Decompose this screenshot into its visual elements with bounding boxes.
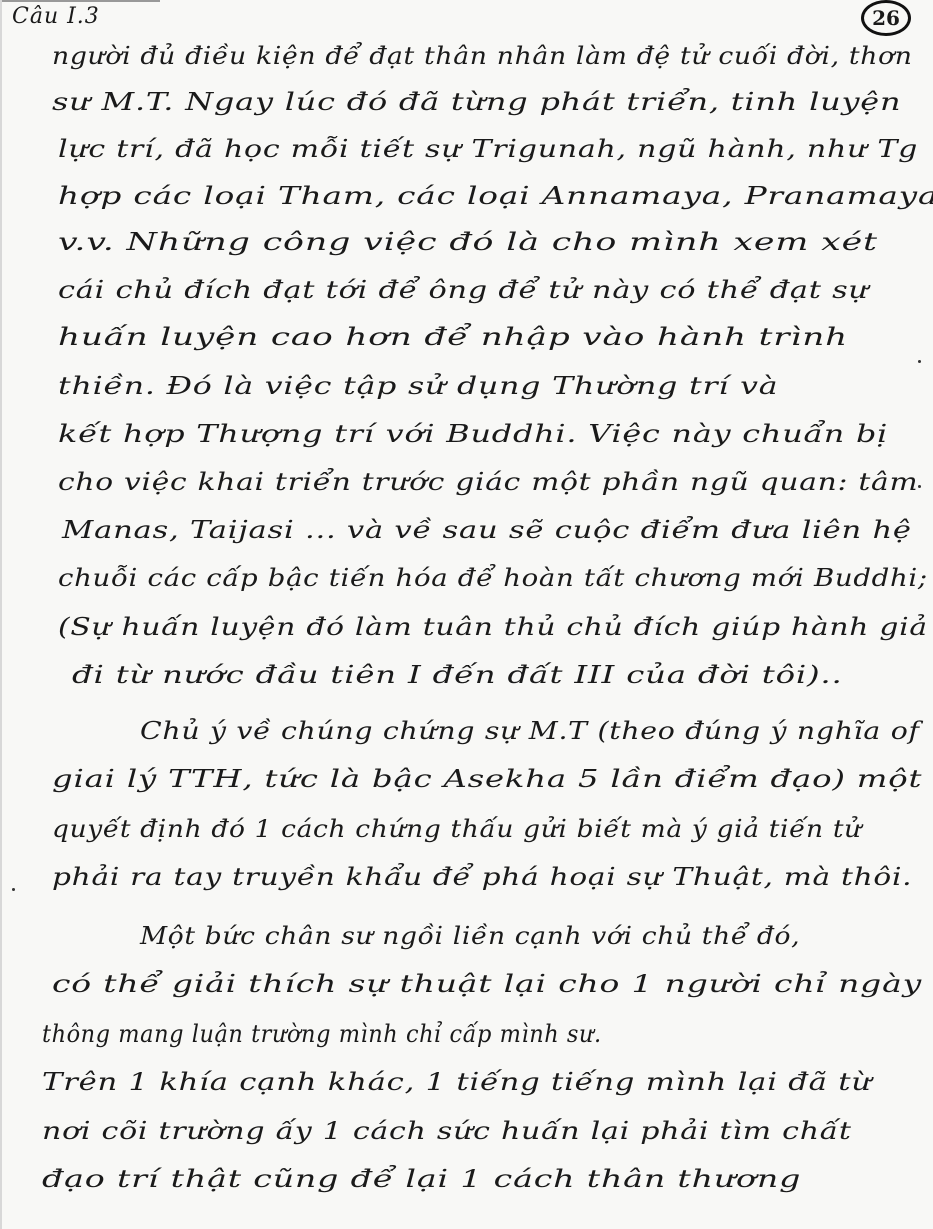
handwritten-line: lực trí, đã học mỗi tiết sự Trigunah, ng… [58, 135, 918, 163]
handwritten-line: hợp các loại Tham, các loại Annamaya, Pr… [58, 182, 933, 210]
handwritten-line: đi từ nước đầu tiên I đến đất III của đờ… [72, 661, 843, 689]
handwritten-line: Chủ ý về chúng chứng sự M.T (theo đúng ý… [140, 717, 920, 745]
scan-edge-left [0, 0, 2, 1229]
handwritten-line: thiền. Đó là việc tập sử dụng Thường trí… [58, 372, 778, 400]
document-page: Câu I.3 26 người đủ điều kiện để đạt thâ… [0, 0, 933, 1229]
handwritten-line: Một bức chân sư ngồi liền cạnh với chủ t… [140, 922, 800, 950]
handwritten-line: thông mang luận trường mình chỉ cấp mình… [42, 1020, 602, 1048]
handwritten-line: cái chủ đích đạt tới để ông để tử này có… [58, 276, 869, 304]
handwritten-line: người đủ điều kiện để đạt thân nhân làm … [52, 42, 913, 70]
margin-mark [918, 360, 921, 363]
handwritten-line: Trên 1 khía cạnh khác, 1 tiếng tiếng mìn… [42, 1068, 872, 1096]
handwritten-line: chuỗi các cấp bậc tiến hóa để hoàn tất c… [58, 564, 928, 592]
page-number: 26 [872, 6, 900, 30]
handwritten-line: nơi cõi trường ấy 1 cách sức huấn lại ph… [42, 1117, 852, 1145]
handwritten-line: v.v. Những công việc đó là cho mình xem … [58, 228, 878, 256]
margin-mark [918, 485, 921, 488]
page-number-circle: 26 [861, 0, 911, 36]
handwritten-line: kết hợp Thượng trí với Buddhi. Việc này … [58, 420, 888, 448]
scan-edge-top [0, 0, 160, 2]
handwritten-line: quyết định đó 1 cách chứng thấu gửi biết… [52, 815, 862, 843]
margin-mark [12, 888, 15, 891]
handwritten-line: sư M.T. Ngay lúc đó đã từng phát triển, … [52, 88, 901, 116]
handwritten-line: đạo trí thật cũng để lại 1 cách thân thư… [42, 1165, 801, 1193]
handwritten-line: (Sự huấn luyện đó làm tuân thủ chủ đích … [58, 613, 928, 641]
handwritten-line: huấn luyện cao hơn để nhập vào hành trìn… [58, 323, 848, 351]
handwritten-line: cho việc khai triển trước giác một phần … [58, 468, 918, 496]
section-heading: Câu I.3 [12, 4, 100, 29]
handwritten-line: Manas, Taijasi ... và về sau sẽ cuộc điể… [62, 516, 912, 544]
handwritten-line: phải ra tay truyền khẩu để phá hoại sự T… [52, 863, 912, 891]
handwritten-line: có thể giải thích sự thuật lại cho 1 ngư… [52, 970, 922, 998]
handwritten-line: giai lý TTH, tức là bậc Asekha 5 lần điể… [52, 765, 922, 793]
